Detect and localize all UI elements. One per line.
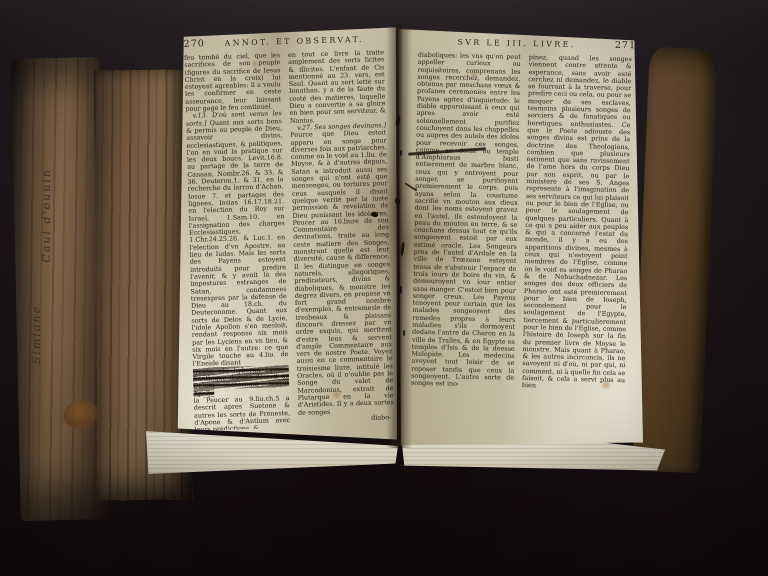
left-page-content: 270 ANNOT. ET OBSERVAT. feu tombé du cie… [184, 33, 395, 430]
left-page-columns: feu tombé du ciel, que les sacrifices de… [184, 49, 394, 430]
censored-passage: Qualis vbi hyberna Lyciam Xanthique flue… [193, 366, 290, 398]
gutter-shadow [386, 24, 412, 448]
ink-blot [400, 150, 402, 156]
paragraph: v.13. D'où sont venus les sorts.] Quant … [186, 111, 289, 369]
left-page-number: 270 [184, 38, 205, 50]
ink-blot [403, 330, 405, 336]
paragraph-text: Pource que Dieu estoit apparu en songe p… [290, 129, 394, 417]
handwritten-inscription-lower: Simiane [30, 305, 43, 364]
foxing-spot [600, 380, 612, 390]
right-running-title: SVR LE III. LIVRE. [418, 37, 615, 50]
inked-out-text: Qualis vbi hyberna Lyciam Xanthique flue… [193, 365, 290, 398]
right-page-number: 271 [615, 40, 636, 51]
paragraph: feu tombé du ciel, que les sacrifices de… [184, 52, 282, 113]
left-running-title: ANNOT. ET OBSERVAT. [205, 34, 384, 48]
foxing-spot [470, 70, 479, 79]
photograph-antique-open-book: Caul d'ouuin Simiane 270 ANNOT. ET OBSER… [0, 0, 768, 576]
paragraph: diaboliques: les vns qu'on peut appeller… [411, 52, 521, 390]
left-page-column-2: en tout ce livre la traite amplement des… [288, 49, 394, 428]
left-page-header: 270 ANNOT. ET OBSERVAT. [184, 33, 384, 50]
paragraph: pinez, quand les songes viennent contre … [522, 54, 632, 392]
paragraph: la Peucer au 9.liu.ch.5 a descrit apres … [194, 395, 291, 431]
handwritten-inscription-upper: Caul d'ouuin [40, 168, 53, 263]
left-page: 270 ANNOT. ET OBSERVAT. feu tombé du cie… [176, 24, 398, 448]
foxing-spot [330, 390, 344, 399]
right-vellum-cover [632, 47, 718, 473]
right-page-column-1: diaboliques: les vns qu'on peut appeller… [410, 52, 521, 440]
paragraph: v.27. Ses songes devinans.] Pource que D… [290, 122, 394, 416]
right-page: SVR LE III. LIVRE. 271 diaboliques: les … [397, 22, 643, 460]
right-page-column-2: pinez, quand les songes viennent contre … [521, 54, 632, 442]
left-page-column-1: feu tombé du ciel, que les sacrifices de… [184, 52, 290, 431]
paragraph-text: Quant aux sorts bons & permis au peuple … [186, 117, 289, 368]
right-page-header: SVR LE III. LIVRE. 271 [418, 36, 636, 52]
paragraph: en tout ce livre la traite amplement des… [288, 49, 386, 125]
foxing-spot [250, 60, 260, 68]
